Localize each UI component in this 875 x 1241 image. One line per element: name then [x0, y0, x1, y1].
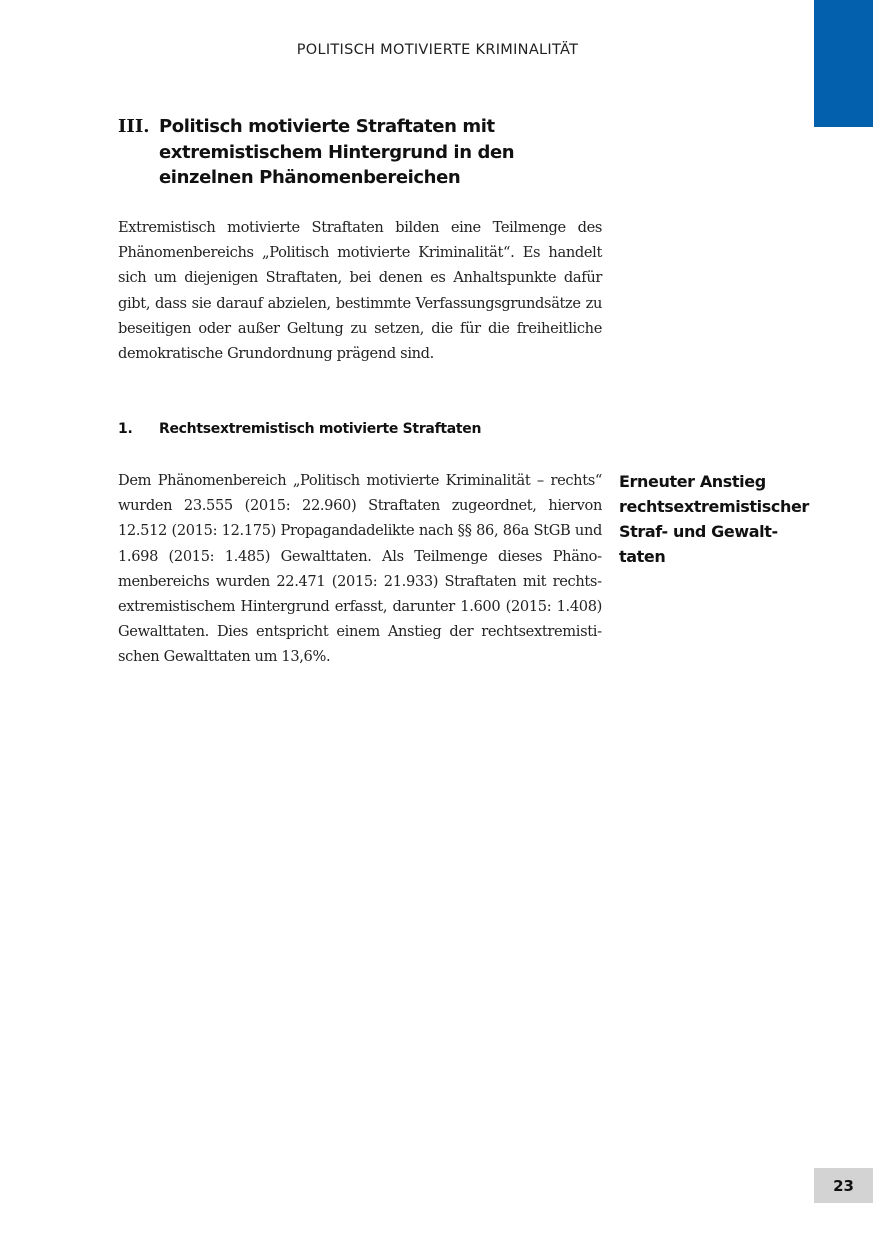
section-heading: 1. Rechtsextremistisch motivierte Straft… [118, 421, 481, 437]
section-title: Rechtsextremistisch motivierte Straftate… [159, 421, 481, 437]
section-number: 1. [118, 421, 159, 437]
section-paragraph: Dem Phänomenbereich „Politisch motiviert… [118, 468, 602, 670]
chapter-title: Politisch motivierte Straftaten mit extr… [159, 114, 558, 191]
chapter-color-tab [814, 0, 873, 127]
page-number: 23 [814, 1168, 873, 1203]
running-head: POLITISCH MOTIVIERTE KRIMINALITÄT [0, 42, 875, 58]
chapter-heading: III. Politisch motivierte Straftaten mit… [118, 114, 558, 191]
margin-note: Erneuter Anstieg rechtsextremistischer S… [619, 469, 809, 569]
intro-paragraph: Extremistisch motivierte Straftaten bild… [118, 215, 602, 366]
chapter-number: III. [118, 114, 159, 191]
